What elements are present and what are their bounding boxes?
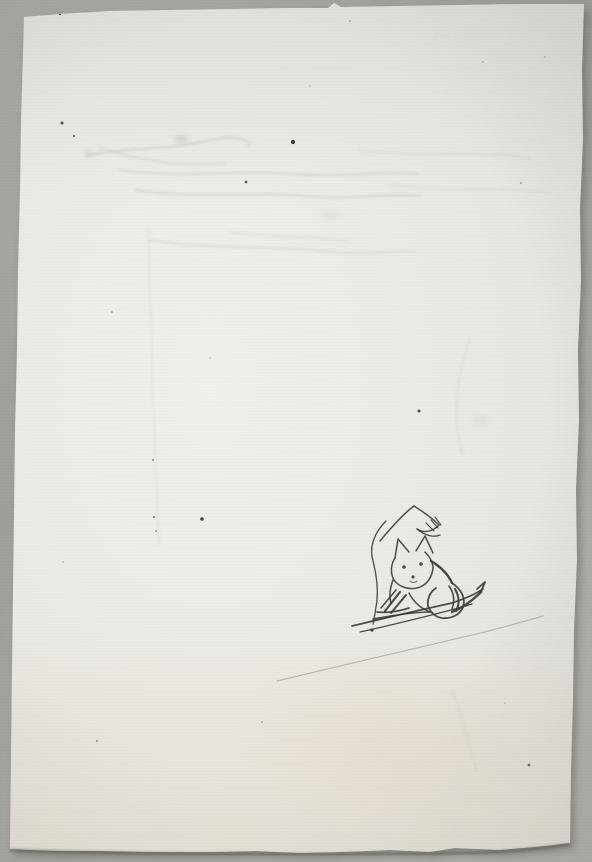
paper-tone-layer — [0, 0, 592, 862]
scan-svg — [0, 0, 592, 862]
paper-warm-stain — [230, 645, 530, 835]
artwork-scan — [0, 0, 592, 862]
